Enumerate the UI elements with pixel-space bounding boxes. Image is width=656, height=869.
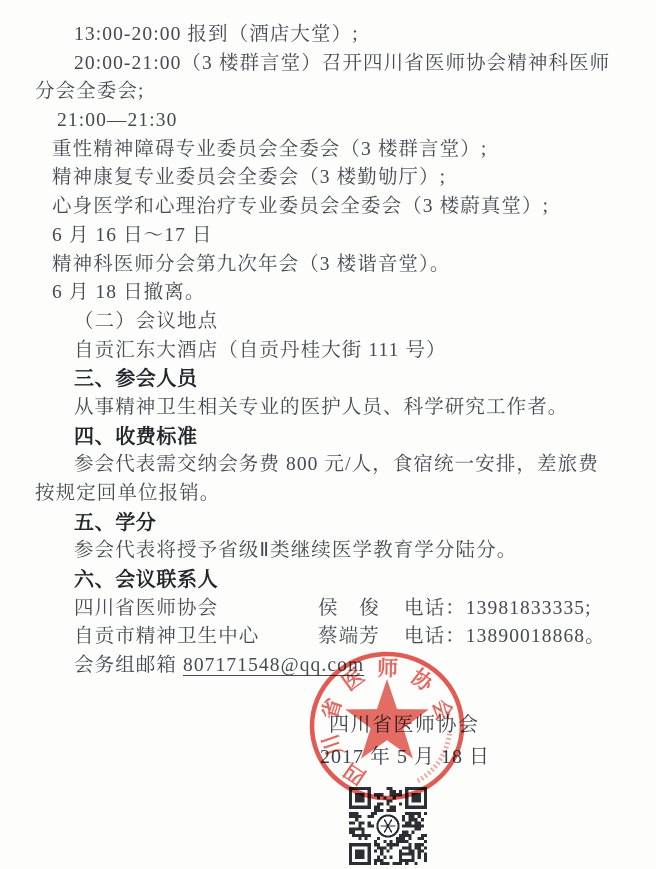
- section-heading: 六、会议联系人: [0, 566, 656, 595]
- scanned-document-page: 13:00-20:00 报到（酒店大堂）;20:00-21:00（3 楼群言堂）…: [0, 0, 656, 869]
- doc-line: 重性精神障碍专业委员会全委会（3 楼群言堂）;: [0, 136, 656, 165]
- contact-person: 蔡端芳: [318, 623, 404, 652]
- doc-line: 心身医学和心理治疗专业委员会全委会（3 楼蔚真堂）;: [0, 193, 656, 222]
- doc-line: 13:00-20:00 报到（酒店大堂）;: [0, 21, 656, 50]
- seal-arc-char: 师: [377, 656, 398, 680]
- contact-phone: 电话：13981833335;: [404, 598, 592, 619]
- contact-person: 侯 俊: [318, 595, 404, 624]
- doc-line: 从事精神卫生相关专业的医护人员、科学研究工作者。: [0, 394, 656, 423]
- doc-line: 按规定回单位报销。: [0, 480, 656, 509]
- doc-line: 自贡汇东大酒店（自贡丹桂大街 111 号）: [0, 337, 656, 366]
- doc-line: 精神康复专业委员会全委会（3 楼勤劬厅）;: [0, 164, 656, 193]
- doc-line: 6 月 18 日撤离。: [0, 279, 656, 308]
- doc-line: 21:00—21:30: [0, 107, 656, 136]
- seal-arc-char: 省: [318, 695, 347, 722]
- contact-org: 四川省医师协会: [74, 595, 318, 624]
- doc-line: 6 月 16 日～17 日: [0, 222, 656, 251]
- section-heading: 三、参会人员: [0, 365, 656, 394]
- doc-line: 参会代表需交纳会务费 800 元/人，食宿统一安排，差旅费: [0, 451, 656, 480]
- qr-center-logo: [375, 813, 401, 839]
- contact-phone: 电话：13890018868。: [404, 626, 606, 647]
- seal-arc-char: 会: [428, 697, 457, 724]
- official-seal: 四川省医师协会: [306, 649, 468, 807]
- section-heading: 四、收费标准: [0, 423, 656, 452]
- doc-line: （二）会议地点: [0, 308, 656, 337]
- contact-row: 四川省医师协会侯 俊电话：13981833335;: [0, 595, 656, 624]
- document-body: 13:00-20:00 报到（酒店大堂）;20:00-21:00（3 楼群言堂）…: [0, 21, 656, 681]
- email-label: 会务组邮箱: [74, 655, 183, 676]
- doc-line: 参会代表将授予省级Ⅱ类继续医学教育学分陆分。: [0, 537, 656, 566]
- seal-arc-char: 川: [319, 731, 348, 758]
- section-heading: 五、学分: [0, 509, 656, 538]
- doc-line: 精神科医师分会第九次年会（3 楼谐音堂）。: [0, 251, 656, 280]
- doc-line: 分会全委会;: [0, 78, 656, 107]
- contact-org: 自贡市精神卫生中心: [74, 623, 318, 652]
- contact-row: 自贡市精神卫生中心蔡端芳电话：13890018868。: [0, 623, 656, 652]
- doc-line: 20:00-21:00（3 楼群言堂）召开四川省医师协会精神科医师: [0, 50, 656, 79]
